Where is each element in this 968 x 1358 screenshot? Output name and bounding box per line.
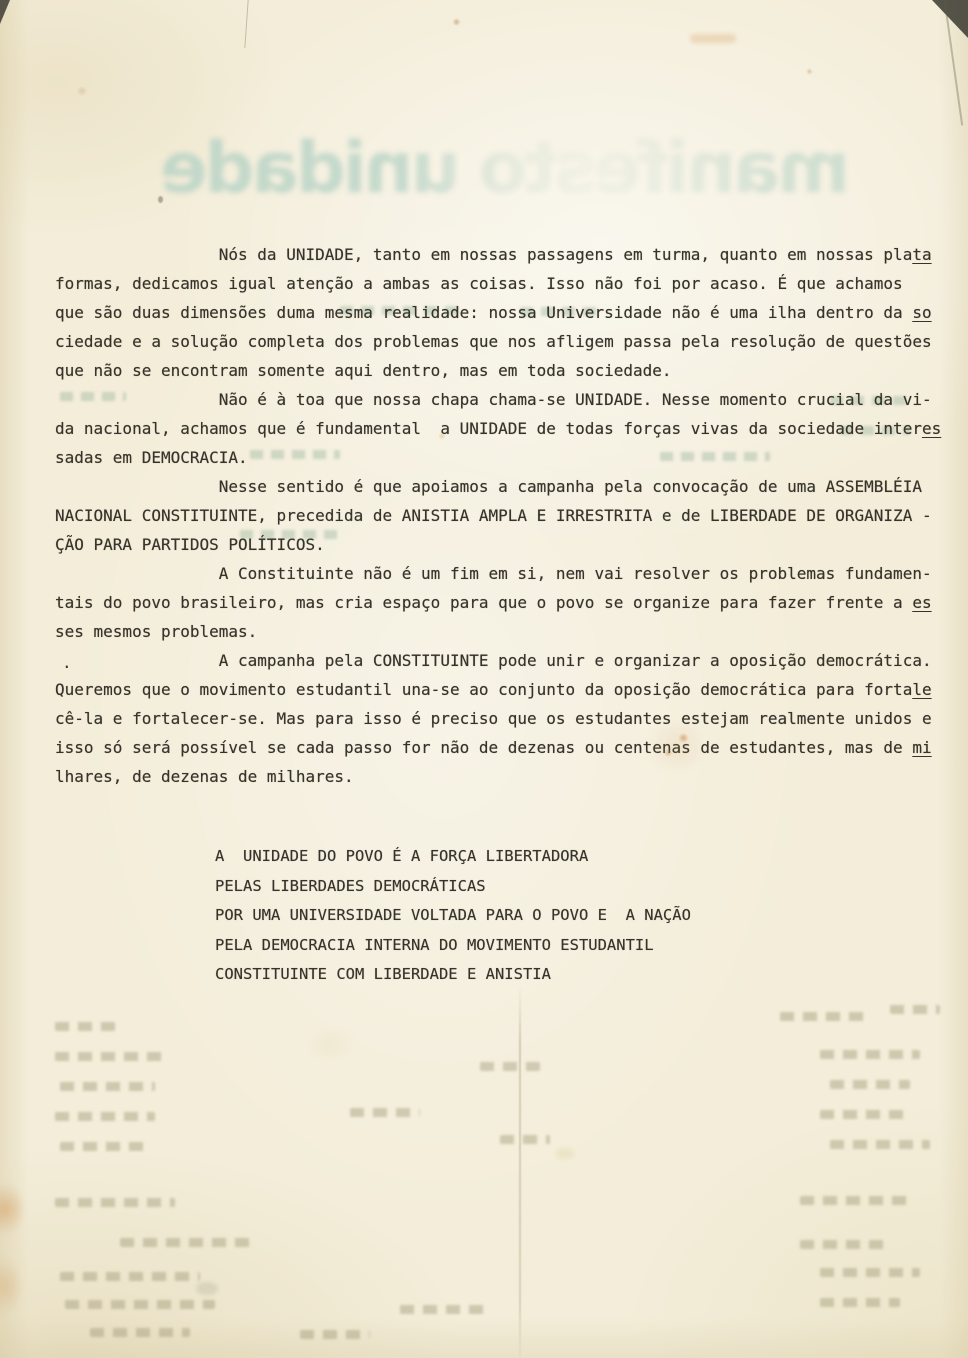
bleedthrough-smudge bbox=[820, 1268, 920, 1277]
text-line: ses mesmos problemas. bbox=[55, 617, 941, 646]
slogan-line: CONSTITUINTE COM LIBERDADE E ANISTIA bbox=[215, 960, 691, 990]
bleedthrough-smudge bbox=[350, 1108, 420, 1117]
bleedthrough-smudge bbox=[820, 1298, 900, 1307]
stain bbox=[690, 34, 736, 43]
bleedthrough-smudge bbox=[480, 1062, 540, 1071]
stain bbox=[0, 1250, 18, 1322]
text-line: Não é à toa que nossa chapa chama-se UNI… bbox=[55, 385, 941, 414]
bleedthrough-smudge bbox=[300, 1330, 370, 1339]
bleedthrough-smudge bbox=[120, 1238, 250, 1247]
bleedthrough-smudge bbox=[55, 1052, 165, 1061]
stain bbox=[298, 1032, 362, 1058]
bleedthrough-smudge bbox=[820, 1110, 910, 1119]
continuation-underline: ta bbox=[912, 245, 931, 264]
continuation-underline: le bbox=[912, 680, 931, 699]
stain bbox=[452, 18, 461, 26]
text-line: da nacional, achamos que é fundamental a… bbox=[55, 414, 941, 443]
slogan-line: POR UMA UNIVERSIDADE VOLTADA PARA O POVO… bbox=[215, 901, 691, 931]
text-line: Nesse sentido é que apoiamos a campanha … bbox=[55, 472, 941, 501]
bleedthrough-smudge bbox=[60, 1082, 155, 1091]
bleedthrough-smudge bbox=[830, 1140, 930, 1149]
text-line: NACIONAL CONSTITUINTE, precedida de ANIS… bbox=[55, 501, 941, 530]
stain bbox=[556, 1148, 574, 1159]
continuation-underline: so bbox=[912, 303, 931, 322]
bleedthrough-smudge bbox=[500, 1135, 550, 1144]
bleedthrough-smudge bbox=[800, 1240, 890, 1249]
slogan-line: A UNIDADE DO POVO É A FORÇA LIBERTADORA bbox=[215, 842, 691, 872]
text-line: lhares, de dezenas de milhares. bbox=[55, 762, 941, 791]
text-line: tais do povo brasileiro, mas cria espaço… bbox=[55, 588, 941, 617]
text-line: que são duas dimensões duma mesma realid… bbox=[55, 298, 941, 327]
text-line: sadas em DEMOCRACIA. bbox=[55, 443, 941, 472]
text-line: isso só será possível se cada passo for … bbox=[55, 733, 941, 762]
bleedthrough-smudge bbox=[60, 1142, 145, 1151]
bleedthrough-smudge bbox=[890, 1005, 940, 1014]
body-text: Nós da UNIDADE, tanto em nossas passagen… bbox=[55, 240, 941, 791]
text-line: A Constituinte não é um fim em si, nem v… bbox=[55, 559, 941, 588]
stain bbox=[806, 68, 813, 75]
bleedthrough-smudge bbox=[830, 1080, 910, 1089]
bleedthrough-smudge bbox=[60, 1272, 200, 1281]
slogan-list: A UNIDADE DO POVO É A FORÇA LIBERTADORAP… bbox=[215, 842, 691, 990]
bleedthrough-smudge bbox=[780, 1012, 870, 1021]
text-line: ciedade e a solução completa dos problem… bbox=[55, 327, 941, 356]
text-line: cê-la e fortalecer-se. Mas para isso é p… bbox=[55, 704, 941, 733]
bleedthrough-smudge bbox=[820, 1050, 920, 1059]
stain bbox=[76, 86, 88, 96]
bleedthrough-smudge bbox=[55, 1198, 175, 1207]
document-page: manifesto unidade Nós da UNIDADE, tanto … bbox=[0, 0, 968, 1358]
stray-mark: . bbox=[62, 648, 72, 677]
bleedthrough-title: manifesto unidade bbox=[150, 116, 850, 226]
slogan-line: PELAS LIBERDADES DEMOCRÁTICAS bbox=[215, 872, 691, 902]
bleedthrough-smudge bbox=[55, 1112, 155, 1121]
bleedthrough-smudge bbox=[400, 1305, 490, 1314]
bleedthrough-smudge bbox=[800, 1196, 910, 1205]
continuation-underline: es bbox=[912, 593, 931, 612]
text-line: Nós da UNIDADE, tanto em nossas passagen… bbox=[55, 240, 941, 269]
continuation-underline: es bbox=[922, 419, 941, 438]
scratch-line bbox=[244, 0, 248, 48]
text-line: ÇÃO PARA PARTIDOS POLÍTICOS. bbox=[55, 530, 941, 559]
text-line: Queremos que o movimento estudantil una-… bbox=[55, 675, 941, 704]
text-line: que não se encontram somente aqui dentro… bbox=[55, 356, 941, 385]
continuation-underline: mi bbox=[912, 738, 931, 757]
bleedthrough-title-text: manifesto unidade bbox=[150, 116, 850, 220]
bleedthrough-smudge bbox=[90, 1328, 190, 1337]
bleedthrough-smudge bbox=[65, 1300, 215, 1309]
stain bbox=[196, 1282, 218, 1295]
text-line: formas, dedicamos igual atenção a ambas … bbox=[55, 269, 941, 298]
stain bbox=[0, 1178, 22, 1240]
text-line: A campanha pela CONSTITUINTE pode unir e… bbox=[55, 646, 941, 675]
scan-corner-artifact bbox=[0, 0, 10, 24]
paper-crease bbox=[519, 986, 521, 1358]
stain bbox=[158, 196, 163, 203]
bleedthrough-smudge bbox=[55, 1022, 115, 1031]
slogan-line: PELA DEMOCRACIA INTERNA DO MOVIMENTO EST… bbox=[215, 931, 691, 961]
